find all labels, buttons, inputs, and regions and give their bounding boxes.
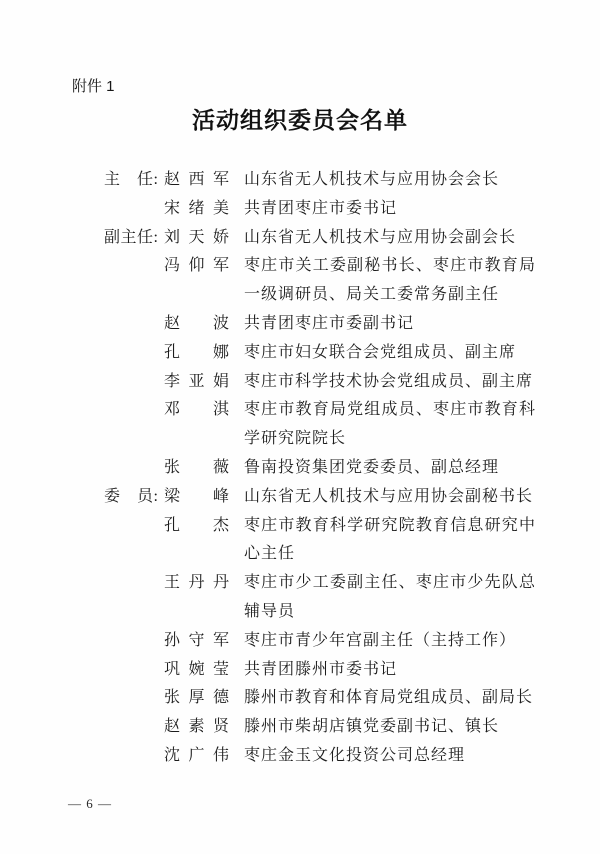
member-name: 王丹丹 <box>164 569 229 598</box>
member-name: 刘天娇 <box>164 224 229 253</box>
document-page: 附件 1 活动组织委员会名单 主 任: 赵西军 山东省无人机技术与应用协会会长 … <box>0 0 600 854</box>
member-title: 山东省无人机技术与应用协会副会长 <box>244 224 536 253</box>
roster-row: 赵素贤 滕州市柴胡店镇党委副书记、镇长 <box>104 713 536 742</box>
member-title: 枣庄市教育科学研究院教育信息研究中心主任 <box>244 512 536 570</box>
member-name: 张薇 <box>164 454 229 483</box>
member-name: 巩婉莹 <box>164 656 229 685</box>
member-title: 山东省无人机技术与应用协会会长 <box>244 166 536 195</box>
roster-row: 冯仰军 枣庄市关工委副秘书长、枣庄市教育局一级调研员、局关工委常务副主任 <box>104 252 536 310</box>
roster-row: 张厚德 滕州市教育和体育局党组成员、副局长 <box>104 684 536 713</box>
roster-row: 孔杰 枣庄市教育科学研究院教育信息研究中心主任 <box>104 512 536 570</box>
role-label: 副主任: <box>104 224 164 253</box>
member-name: 李亚娟 <box>164 368 229 397</box>
attachment-label: 附件 1 <box>72 78 115 96</box>
member-title: 共青团枣庄市委副书记 <box>244 310 536 339</box>
member-name: 张厚德 <box>164 684 229 713</box>
member-title: 共青团滕州市委书记 <box>244 656 536 685</box>
roster-row: 主 任: 赵西军 山东省无人机技术与应用协会会长 <box>104 166 536 195</box>
page-number: — 6 — <box>68 796 112 812</box>
roster-row: 王丹丹 枣庄市少工委副主任、枣庄市少先队总辅导员 <box>104 569 536 627</box>
member-name: 宋绪美 <box>164 195 229 224</box>
member-title: 枣庄金玉文化投资公司总经理 <box>244 742 536 771</box>
member-name: 孔娜 <box>164 339 229 368</box>
member-name: 赵素贤 <box>164 713 229 742</box>
member-name: 赵波 <box>164 310 229 339</box>
roster-row: 委 员: 梁峰 山东省无人机技术与应用协会副秘书长 <box>104 483 536 512</box>
member-title: 鲁南投资集团党委委员、副总经理 <box>244 454 536 483</box>
roster-row: 邓淇 枣庄市教育局党组成员、枣庄市教育科学研究院院长 <box>104 396 536 454</box>
member-title: 枣庄市少工委副主任、枣庄市少先队总辅导员 <box>244 569 536 627</box>
roster-row: 李亚娟 枣庄市科学技术协会党组成员、副主席 <box>104 368 536 397</box>
member-title: 滕州市教育和体育局党组成员、副局长 <box>244 684 536 713</box>
member-name: 赵西军 <box>164 166 229 195</box>
member-title: 山东省无人机技术与应用协会副秘书长 <box>244 483 536 512</box>
member-title: 枣庄市妇女联合会党组成员、副主席 <box>244 339 536 368</box>
roster-row: 孙守军 枣庄市青少年宫副主任（主持工作） <box>104 627 536 656</box>
roster-row: 张薇 鲁南投资集团党委委员、副总经理 <box>104 454 536 483</box>
member-name: 孙守军 <box>164 627 229 656</box>
member-name: 孔杰 <box>164 512 229 541</box>
role-label: 委 员: <box>104 483 164 512</box>
member-title: 枣庄市教育局党组成员、枣庄市教育科学研究院院长 <box>244 396 536 454</box>
member-name: 沈广伟 <box>164 742 229 771</box>
member-title: 共青团枣庄市委书记 <box>244 195 536 224</box>
roster-row: 沈广伟 枣庄金玉文化投资公司总经理 <box>104 742 536 771</box>
roster-row: 赵波 共青团枣庄市委副书记 <box>104 310 536 339</box>
roster: 主 任: 赵西军 山东省无人机技术与应用协会会长 宋绪美 共青团枣庄市委书记 副… <box>104 166 536 771</box>
member-name: 邓淇 <box>164 396 229 425</box>
member-name: 冯仰军 <box>164 252 229 281</box>
member-title: 滕州市柴胡店镇党委副书记、镇长 <box>244 713 536 742</box>
roster-row: 巩婉莹 共青团滕州市委书记 <box>104 656 536 685</box>
roster-row: 孔娜 枣庄市妇女联合会党组成员、副主席 <box>104 339 536 368</box>
member-title: 枣庄市关工委副秘书长、枣庄市教育局一级调研员、局关工委常务副主任 <box>244 252 536 310</box>
member-title: 枣庄市青少年宫副主任（主持工作） <box>244 627 536 656</box>
roster-row: 宋绪美 共青团枣庄市委书记 <box>104 195 536 224</box>
member-title: 枣庄市科学技术协会党组成员、副主席 <box>244 368 536 397</box>
member-name: 梁峰 <box>164 483 229 512</box>
roster-row: 副主任: 刘天娇 山东省无人机技术与应用协会副会长 <box>104 224 536 253</box>
role-label: 主 任: <box>104 166 164 195</box>
page-title: 活动组织委员会名单 <box>0 102 600 135</box>
